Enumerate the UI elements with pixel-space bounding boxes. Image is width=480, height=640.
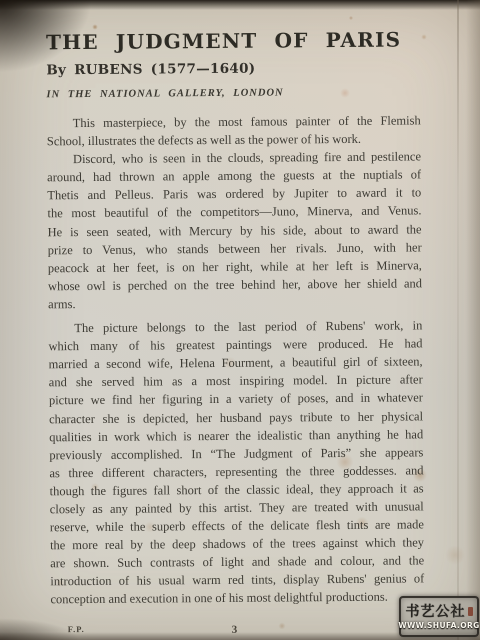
byline: By RUBENS (1577—1640) bbox=[46, 59, 420, 79]
page-title: THE JUDGMENT OF PARIS bbox=[46, 27, 420, 54]
paragraph: This masterpiece, by the most famous pai… bbox=[47, 111, 421, 150]
text-line: This masterpiece, by the most famous pai… bbox=[47, 111, 421, 132]
shufa-watermark: 书艺公社 WWW.SHUFA.ORG bbox=[399, 596, 479, 637]
watermark-seal-icon bbox=[468, 607, 473, 616]
photo-corner-shadow-top-left bbox=[0, 0, 95, 75]
text-line: picture we find her figuring in a variet… bbox=[49, 389, 423, 410]
gallery-location: IN THE NATIONAL GALLERY, LONDON bbox=[46, 85, 420, 101]
printed-content: THE JUDGMENT OF PARIS By RUBENS (1577—16… bbox=[46, 27, 425, 637]
photo-corner-shadow-bottom-left bbox=[0, 618, 80, 640]
text-line: character she is depicted, her husband p… bbox=[49, 407, 423, 428]
text-line: conception and execution in one of his m… bbox=[50, 588, 424, 609]
paragraph: The picture belongs to the last period o… bbox=[48, 316, 424, 608]
book-page-photo: THE JUDGMENT OF PARIS By RUBENS (1577—16… bbox=[0, 0, 480, 640]
paragraph: Discord, who is seen in the clouds, spre… bbox=[47, 148, 422, 314]
watermark-calligraphy-text: 书艺公社 bbox=[406, 604, 466, 620]
text-line: whose owl is perched on the tree behind … bbox=[48, 274, 422, 295]
body-text: This masterpiece, by the most famous pai… bbox=[47, 111, 425, 608]
watermark-calligraphy-row: 书艺公社 bbox=[406, 604, 473, 620]
watermark-url: WWW.SHUFA.ORG bbox=[398, 621, 479, 630]
photo-edge-right bbox=[466, 0, 480, 640]
text-line: arms. bbox=[48, 292, 422, 313]
page-edge-line bbox=[457, 0, 459, 640]
text-line: the most beautiful of the competitors—Ju… bbox=[47, 202, 421, 223]
